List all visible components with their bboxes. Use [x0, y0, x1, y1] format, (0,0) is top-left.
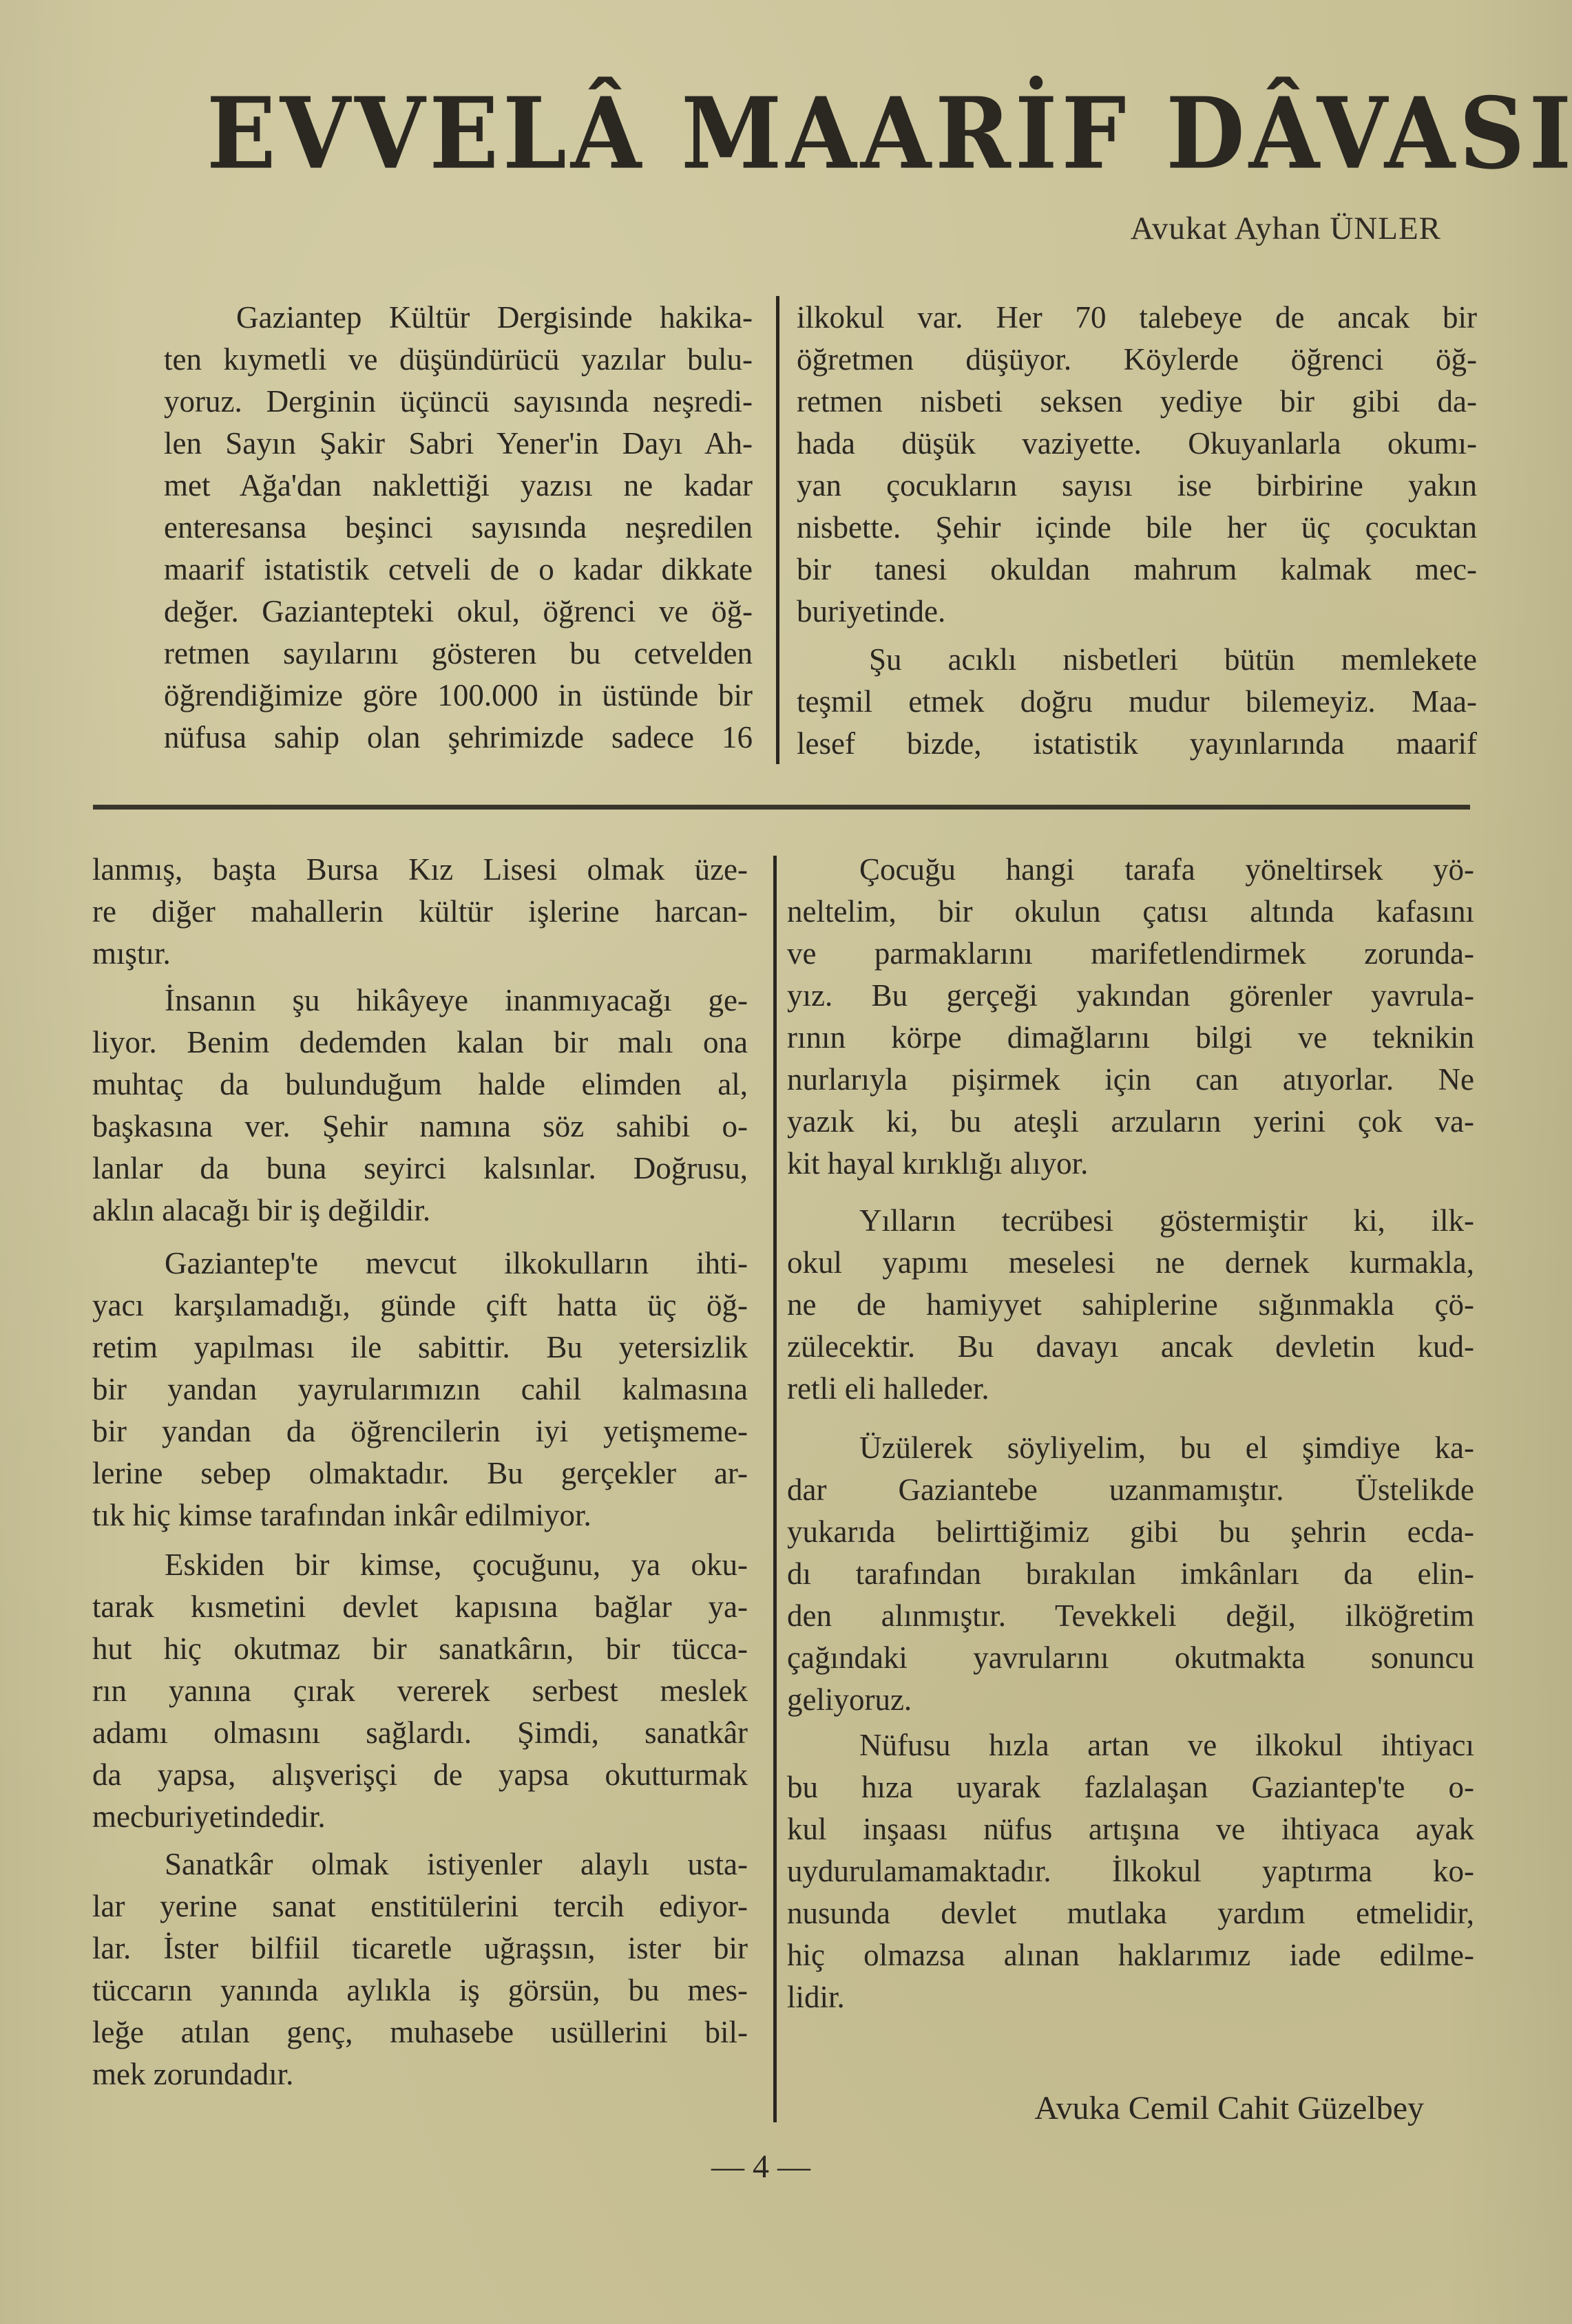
text-line: re diğer mahallerin kültür işlerine harc… — [92, 890, 748, 933]
text-line: başkasına ver. Şehir namına söz sahibi o… — [92, 1105, 748, 1148]
text-line: Üzülerek söyliyelim, bu el şimdiye ka- — [787, 1426, 1474, 1469]
text-line: buriyetinde. — [797, 590, 1477, 633]
text-line: lesef bizde, istatistik yayınlarında maa… — [797, 722, 1477, 765]
text-line: retmen nisbeti seksen yediye bir gibi da… — [797, 380, 1477, 423]
text-line: tarak kısmetini devlet kapısına bağlar y… — [92, 1585, 748, 1628]
text-line: yazık ki, bu ateşli arzuların yerini çok… — [787, 1100, 1474, 1143]
text-line: ve parmaklarını marifetlendirmek zorunda… — [787, 932, 1474, 975]
text-line: adamı olmasını sağlardı. Şimdi, sanatkâr — [92, 1711, 748, 1754]
text-line: lerine sebep olmaktadır. Bu gerçekler ar… — [92, 1452, 748, 1494]
text-line: Gaziantep Kültür Dergisinde hakika- — [164, 296, 753, 339]
text-line: bu hıza uyarak fazlalaşan Gaziantep'te o… — [787, 1766, 1474, 1808]
magazine-page: EVVELÂ MAARİF DÂVASI Avukat Ayhan ÜNLER … — [0, 0, 1572, 2324]
text-line: nisbette. Şehir içinde bile her üç çocuk… — [797, 506, 1477, 549]
text-line: kit hayal kırıklığı alıyor. — [787, 1142, 1474, 1185]
text-line: bir yandan yayrularımızın cahil kalmasın… — [92, 1368, 748, 1411]
text-line: Sanatkâr olmak istiyenler alaylı usta- — [92, 1843, 748, 1885]
text-line: yan çocukların sayısı ise birbirine yakı… — [797, 464, 1477, 507]
text-line: leğe atılan genç, muhasebe usüllerini bi… — [92, 2011, 748, 2053]
text-line: kul inşaası nüfus artışına ve ihtiyaca a… — [787, 1808, 1474, 1850]
text-line: mecburiyetindedir. — [92, 1795, 748, 1838]
text-line: nurlarıyla pişirmek için can atıyorlar. … — [787, 1058, 1474, 1101]
article-title: EVVELÂ MAARİF DÂVASI — [207, 78, 1363, 190]
text-line: değer. Gaziantepteki okul, öğrenci ve öğ… — [164, 590, 753, 633]
text-line: Şu acıklı nisbetleri bütün memlekete — [797, 638, 1477, 681]
column-divider-top — [776, 296, 779, 764]
text-line: bir tanesi okuldan mahrum kalmak mec- — [797, 548, 1477, 591]
text-line: uydurulamamaktadır. İlkokul yaptırma ko- — [787, 1850, 1474, 1892]
text-line: den alınmıştır. Tevekkeli değil, ilköğre… — [787, 1594, 1474, 1637]
text-line: ilkokul var. Her 70 talebeye de ancak bi… — [797, 296, 1477, 339]
text-line: Nüfusu hızla artan ve ilkokul ihtiyacı — [787, 1724, 1474, 1766]
text-line: Çocuğu hangi tarafa yöneltirsek yö- — [787, 848, 1474, 891]
text-line: hada düşük vaziyette. Okuyanlarla okumı- — [797, 422, 1477, 465]
text-line: aklın alacağı bir iş değildir. — [92, 1189, 748, 1232]
text-line: lar. İster bilfiil ticaretle uğraşsın, i… — [92, 1927, 748, 1969]
text-line: yukarıda belirttiğimiz gibi bu şehrin ec… — [787, 1510, 1474, 1553]
text-line: lanmış, başta Bursa Kız Lisesi olmak üze… — [92, 848, 748, 891]
text-line: len Sayın Şakir Sabri Yener'in Dayı Ah- — [164, 422, 753, 465]
author-byline: Avukat Ayhan ÜNLER — [1131, 210, 1441, 247]
text-line: rın yanına çırak vererek serbest meslek — [92, 1669, 748, 1712]
text-line: dar Gaziantebe uzanmamıştır. Üstelikde — [787, 1468, 1474, 1511]
text-line: neltelim, bir okulun çatısı altında kafa… — [787, 890, 1474, 933]
text-line: nusunda devlet mutlaka yardım etmelidir, — [787, 1892, 1474, 1934]
text-line: mıştır. — [92, 932, 748, 975]
text-line: lar yerine sanat enstitülerini tercih ed… — [92, 1885, 748, 1927]
text-line: hut hiç okutmaz bir sanatkârın, bir tücc… — [92, 1627, 748, 1670]
text-line: dı tarafından bırakılan imkânları da eli… — [787, 1552, 1474, 1595]
text-line: tık hiç kimse tarafından inkâr edilmiyor… — [92, 1494, 748, 1536]
text-line: ten kıymetli ve düşündürücü yazılar bulu… — [164, 338, 753, 381]
text-line: liyor. Benim dedemden kalan bir malı ona — [92, 1021, 748, 1064]
text-line: retmen sayılarını gösteren bu cetvelden — [164, 632, 753, 675]
text-line: yız. Bu gerçeği yakından görenler yavrul… — [787, 974, 1474, 1017]
column-divider-bottom — [773, 856, 777, 2122]
text-line: çağındaki yavrularını okutmakta sonuncu — [787, 1636, 1474, 1679]
text-line: nüfusa sahip olan şehrimizde sadece 16 — [164, 716, 753, 759]
text-line: öğretmen düşüyor. Köylerde öğrenci öğ- — [797, 338, 1477, 381]
text-line: met Ağa'dan naklettiği yazısı ne kadar — [164, 464, 753, 507]
text-line: hiç olmazsa alınan haklarımız iade edilm… — [787, 1934, 1474, 1976]
text-line: yoruz. Derginin üçüncü sayısında neşredi… — [164, 380, 753, 423]
signature: Avuka Cemil Cahit Güzelbey — [1034, 2089, 1424, 2127]
text-line: muhtaç da bulunduğum halde elimden al, — [92, 1063, 748, 1106]
text-line: mek zorundadır. — [92, 2053, 748, 2095]
text-line: öğrendiğimize göre 100.000 in üstünde bi… — [164, 674, 753, 717]
text-line: retli eli halleder. — [787, 1367, 1474, 1410]
text-line: da yapsa, alışverişçi de yapsa okutturma… — [92, 1753, 748, 1796]
text-line: rının körpe dimağlarını bilgi ve tekniki… — [787, 1016, 1474, 1059]
text-line: geliyoruz. — [787, 1678, 1474, 1721]
text-line: tüccarın yanında aylıkla iş görsün, bu m… — [92, 1969, 748, 2011]
text-line: ne de hamiyyet sahiplerine sığınmakla çö… — [787, 1283, 1474, 1326]
text-line: Eskiden bir kimse, çocuğunu, ya oku- — [92, 1543, 748, 1586]
page-number: — 4 — — [709, 2148, 813, 2186]
text-line: retim yapılması ile sabittir. Bu yetersi… — [92, 1326, 748, 1369]
text-line: Gaziantep'te mevcut ilkokulların ihti- — [92, 1242, 748, 1285]
text-line: Yılların tecrübesi göstermiştir ki, ilk- — [787, 1199, 1474, 1242]
text-line: İnsanın şu hikâyeye inanmıyacağı ge- — [92, 979, 748, 1022]
text-line: teşmil etmek doğru mudur bilemeyiz. Maa- — [797, 680, 1477, 723]
text-line: lidir. — [787, 1976, 1474, 2018]
text-line: lanlar da buna seyirci kalsınlar. Doğrus… — [92, 1147, 748, 1190]
text-line: zülecektir. Bu davayı ancak devletin kud… — [787, 1325, 1474, 1368]
text-line: bir yandan da öğrencilerin iyi yetişmeme… — [92, 1410, 748, 1452]
text-line: enteresansa beşinci sayısında neşredilen — [164, 506, 753, 549]
text-line: yacı karşılamadığı, günde çift hatta üç … — [92, 1284, 748, 1327]
section-divider — [93, 805, 1470, 810]
text-line: maarif istatistik cetveli de o kadar dik… — [164, 548, 753, 591]
text-line: okul yapımı meselesi ne dernek kurmakla, — [787, 1241, 1474, 1284]
